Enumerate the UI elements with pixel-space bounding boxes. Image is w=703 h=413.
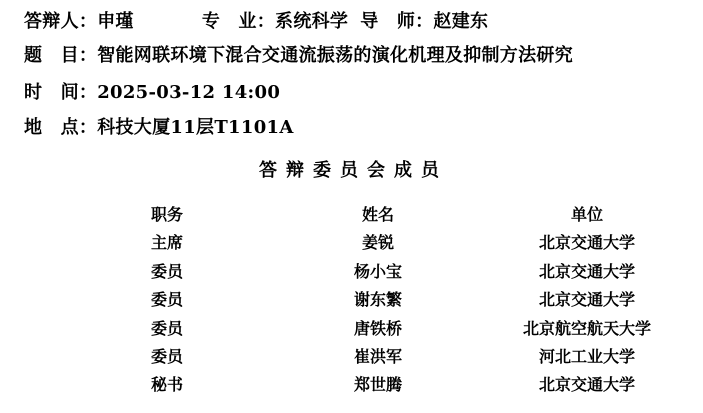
member-org: 北京交通大学 (539, 374, 635, 396)
member-org: 北京航空航天大学 (523, 318, 651, 340)
major-value: 系统科学 (275, 11, 348, 33)
member-name: 崔洪军 (354, 346, 402, 368)
member-name: 唐铁桥 (354, 318, 402, 340)
member-org: 北京交通大学 (539, 289, 635, 311)
location-value: 科技大厦11层T1101A (97, 117, 293, 139)
location-label: 地 点： (24, 117, 97, 139)
defender-value: 申瑾 (97, 11, 134, 33)
time-label: 时 间： (24, 82, 97, 104)
advisor-label: 导 师： (360, 11, 433, 33)
member-org: 北京交通大学 (539, 232, 635, 254)
location-line: 地 点：科技大厦11层T1101A (24, 117, 294, 139)
member-role: 委员 (151, 318, 183, 340)
member-role: 委员 (151, 261, 183, 283)
table-header-row: 职务 姓名 单位 (0, 204, 703, 232)
major-label: 专 业： (202, 11, 275, 33)
time-value: 2025-03-12 14:00 (97, 82, 280, 104)
member-role: 委员 (151, 346, 183, 368)
table-row: 委员 崔洪军 河北工业大学 (0, 346, 703, 374)
header-name: 姓名 (362, 204, 394, 226)
topic-label: 题 目： (24, 45, 97, 67)
member-role: 委员 (151, 289, 183, 311)
table-row: 委员 杨小宝 北京交通大学 (0, 261, 703, 289)
advisor-value: 赵建东 (433, 11, 488, 33)
member-role: 秘书 (151, 374, 183, 396)
header-role: 职务 (151, 204, 183, 226)
topic-value: 智能网联环境下混合交通流振荡的演化机理及抑制方法研究 (97, 45, 573, 67)
time-line: 时 间：2025-03-12 14:00 (24, 82, 280, 104)
defender-line: 答辩人：申瑾专 业：系统科学导 师：赵建东 (24, 11, 488, 33)
defender-label: 答辩人： (24, 11, 97, 33)
topic-line: 题 目：智能网联环境下混合交通流振荡的演化机理及抑制方法研究 (24, 45, 573, 67)
committee-title: 答辩委员会成员 (0, 160, 703, 182)
member-org: 北京交通大学 (539, 261, 635, 283)
table-row: 委员 谢东繁 北京交通大学 (0, 289, 703, 317)
header-org: 单位 (571, 204, 603, 226)
member-org: 河北工业大学 (539, 346, 635, 368)
member-role: 主席 (151, 232, 183, 254)
member-name: 谢东繁 (354, 289, 402, 311)
member-name: 郑世腾 (354, 374, 402, 396)
member-name: 杨小宝 (354, 261, 402, 283)
committee-table: 职务 姓名 单位 主席 姜锐 北京交通大学 委员 杨小宝 北京交通大学 委员 谢… (0, 204, 703, 403)
member-name: 姜锐 (362, 232, 394, 254)
table-row: 秘书 郑世腾 北京交通大学 (0, 374, 703, 402)
table-row: 委员 唐铁桥 北京航空航天大学 (0, 318, 703, 346)
table-row: 主席 姜锐 北京交通大学 (0, 232, 703, 260)
